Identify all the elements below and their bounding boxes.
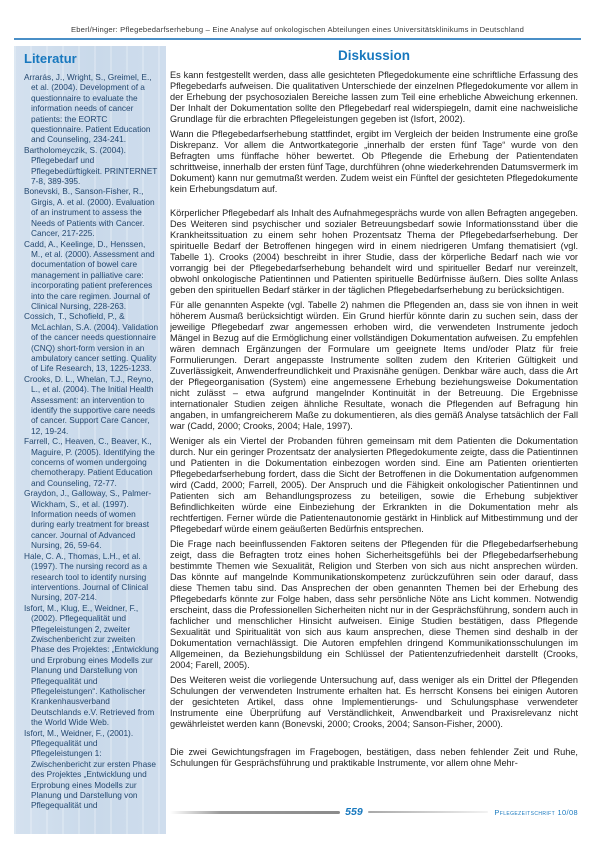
paragraph: Die Frage nach beeinflussenden Faktoren …: [170, 539, 578, 671]
paragraph: Die zwei Gewichtungsfragen im Fragebogen…: [170, 747, 578, 769]
document-page: Eberl/Hinger: Pflegebedarfserhebung – Ei…: [0, 0, 595, 842]
footer-rule: [368, 811, 489, 813]
reference-item: Graydon, J., Galloway, S., Palmer-Wickha…: [24, 488, 159, 550]
reference-item: Farrell, C., Heaven, C., Beaver, K., Mag…: [24, 436, 159, 488]
reference-item: Isfort, M., Weidner, F., (2001). Pflegeq…: [24, 728, 159, 811]
reference-item: Cossich, T., Schofield, P., & McLachlan,…: [24, 311, 159, 373]
diskussion-heading: Diskussion: [170, 48, 578, 63]
paragraph: Des Weiteren weist die vorliegende Unter…: [170, 675, 578, 730]
reference-item: Crooks, D. L., Whelan, T.J., Reyno, L., …: [24, 374, 159, 436]
reference-item: Hale, C. A., Thomas, L.H., et al. (1997)…: [24, 551, 159, 603]
paragraph: Wann die Pflegebedarfserhebung stattfind…: [170, 129, 578, 195]
paragraph: Weniger als ein Viertel der Probanden fü…: [170, 436, 578, 535]
literatur-sidebar: Literatur Arrarás, J., Wright, S., Greim…: [14, 46, 166, 834]
paragraph: Körperlicher Pflegebedarf als Inhalt des…: [170, 208, 578, 296]
footer-rule: [170, 811, 340, 814]
paragraph: Es kann festgestellt werden, dass alle g…: [170, 70, 578, 125]
reference-item: Cadd, A., Keelinge, D., Henssen, M., et …: [24, 239, 159, 312]
journal-name: Pflegezeitschrift 10/08: [494, 808, 578, 817]
paragraph: Für alle genannten Aspekte (vgl. Tabelle…: [170, 300, 578, 432]
literatur-heading: Literatur: [24, 51, 159, 66]
reference-item: Isfort, M., Klug, E., Weidner, F., (2002…: [24, 603, 159, 728]
diskussion-section: Diskussion Es kann festgestellt werden, …: [170, 48, 578, 800]
page-footer: 559 Pflegezeitschrift 10/08: [170, 806, 578, 818]
reference-item: Bartholomeyczik, S. (2004). Pflegebedarf…: [24, 145, 159, 187]
page-number: 559: [345, 806, 363, 818]
reference-item: Bonevski, B., Sanson-Fisher, R., Girgis,…: [24, 186, 159, 238]
reference-item: Arrarás, J., Wright, S., Greimel, E., et…: [24, 72, 159, 145]
running-head: Eberl/Hinger: Pflegebedarfserhebung – Ei…: [14, 25, 581, 40]
